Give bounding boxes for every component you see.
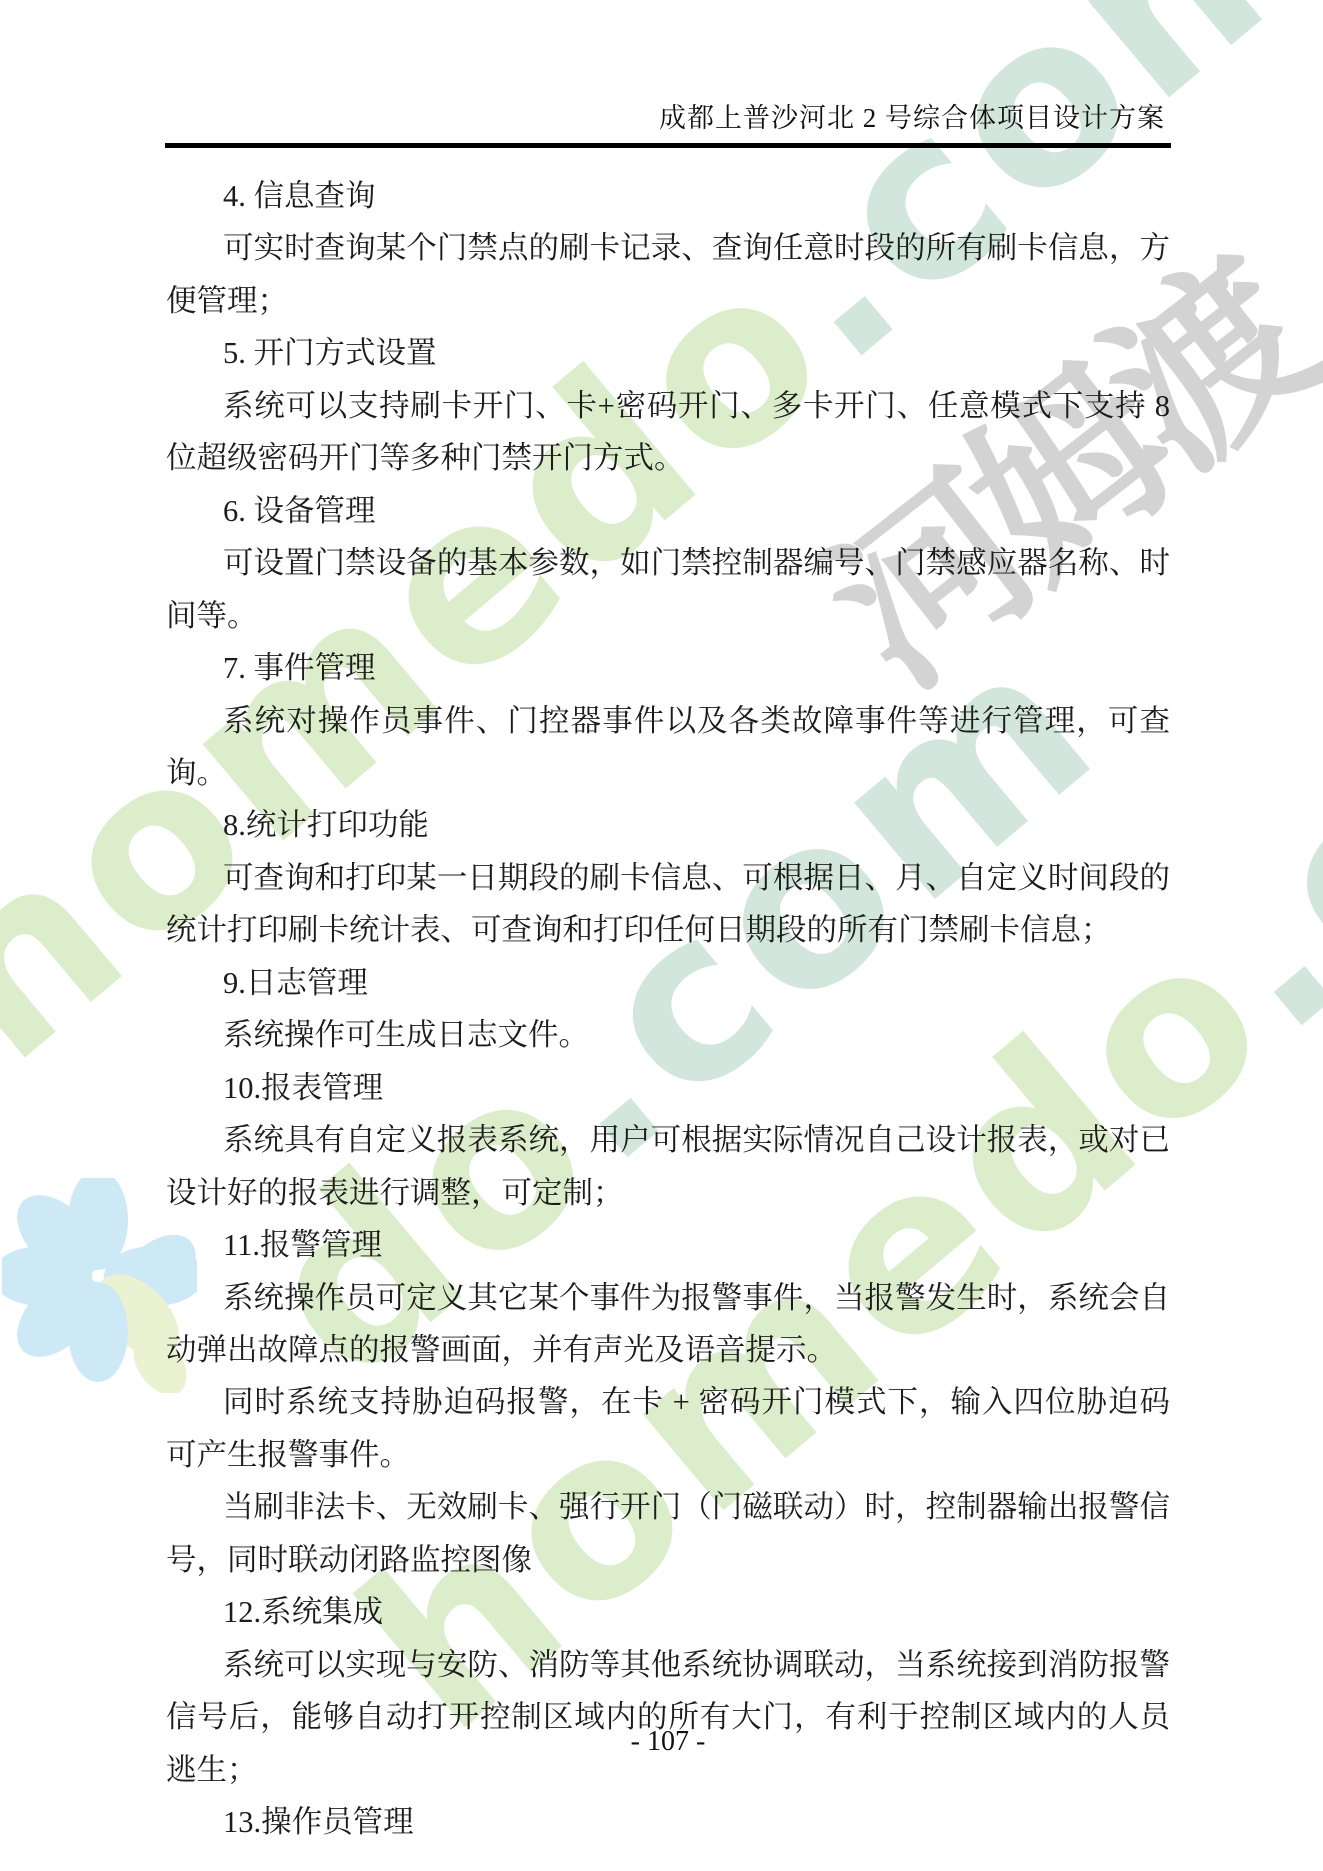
paragraph-heading: 8.统计打印功能 (166, 799, 1170, 851)
paragraph-heading: 4. 信息查询 (166, 170, 1170, 222)
paragraph: 系统操作可生成日志文件。 (166, 1009, 1170, 1061)
paragraph-heading: 12.系统集成 (166, 1586, 1170, 1638)
paragraph-heading: 7. 事件管理 (166, 642, 1170, 694)
page-header-title: 成都上普沙河北 2 号综合体项目设计方案 (659, 96, 1165, 135)
paragraph-heading: 9.日志管理 (166, 957, 1170, 1009)
document-body: 4. 信息查询 可实时查询某个门禁点的刷卡记录、查询任意时段的所有刷卡信息，方便… (166, 170, 1170, 1849)
page-number: - 107 - (166, 1726, 1170, 1758)
paragraph-heading: 11.报警管理 (166, 1219, 1170, 1271)
paragraph: 当刷非法卡、无效刷卡、强行开门（门磁联动）时，控制器输出报警信号，同时联动闭路监… (166, 1481, 1170, 1586)
document-page: homedo.com do.com homedo.com 河姆渡 成都上普沙河北… (0, 0, 1323, 1871)
paragraph-heading: 13.操作员管理 (166, 1796, 1170, 1848)
paragraph: 系统具有自定义报表系统，用户可根据实际情况自己设计报表，或对已设计好的报表进行调… (166, 1114, 1170, 1219)
paragraph-heading: 6. 设备管理 (166, 485, 1170, 537)
paragraph: 系统对操作员事件、门控器事件以及各类故障事件等进行管理，可查询。 (166, 695, 1170, 800)
paragraph: 系统可以支持刷卡开门、卡+密码开门、多卡开门、任意模式下支持 8 位超级密码开门… (166, 380, 1170, 485)
paragraph: 可实时查询某个门禁点的刷卡记录、查询任意时段的所有刷卡信息，方便管理； (166, 222, 1170, 327)
paragraph: 系统可以实现与安防、消防等其他系统协调联动，当系统接到消防报警信号后，能够自动打… (166, 1639, 1170, 1796)
paragraph: 同时系统支持胁迫码报警，在卡 + 密码开门模式下，输入四位胁迫码可产生报警事件。 (166, 1376, 1170, 1481)
header-rule (165, 143, 1171, 148)
paragraph: 可设置门禁设备的基本参数，如门禁控制器编号、门禁感应器名称、时间等。 (166, 537, 1170, 642)
paragraph-heading: 5. 开门方式设置 (166, 327, 1170, 379)
paragraph: 可查询和打印某一日期段的刷卡信息、可根据日、月、自定义时间段的统计打印刷卡统计表… (166, 852, 1170, 957)
paragraph-heading: 10.报表管理 (166, 1062, 1170, 1114)
document-content: 成都上普沙河北 2 号综合体项目设计方案 4. 信息查询 可实时查询某个门禁点的… (0, 0, 1323, 1871)
paragraph: 系统操作员可定义其它某个事件为报警事件，当报警发生时，系统会自动弹出故障点的报警… (166, 1272, 1170, 1377)
